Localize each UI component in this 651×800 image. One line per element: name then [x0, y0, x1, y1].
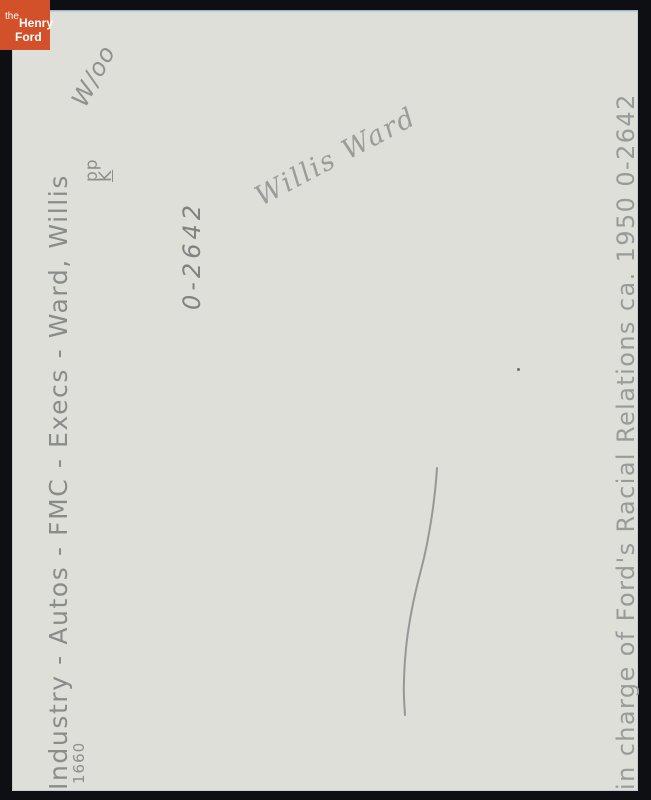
- pencil-catalog-note: Industry - Autos - FMC - Execs - Ward, W…: [44, 174, 73, 790]
- pencil-caption-note: in charge of Ford's Racial Relations ca.…: [612, 93, 640, 790]
- pencil-k-mark: K: [96, 170, 116, 182]
- logo-henry-text: Henry: [19, 16, 53, 30]
- logo-the-text: the: [5, 11, 19, 22]
- pencil-catalog-number: 1660: [70, 742, 88, 784]
- pencil-stroke-line: [395, 460, 455, 720]
- paper-speck: [517, 368, 520, 371]
- logo-ford-text: Ford: [15, 30, 42, 44]
- photo-back-paper: [12, 10, 638, 791]
- henry-ford-logo: the Henry Ford: [0, 0, 50, 50]
- pencil-negative-number: 0-2642: [178, 201, 206, 310]
